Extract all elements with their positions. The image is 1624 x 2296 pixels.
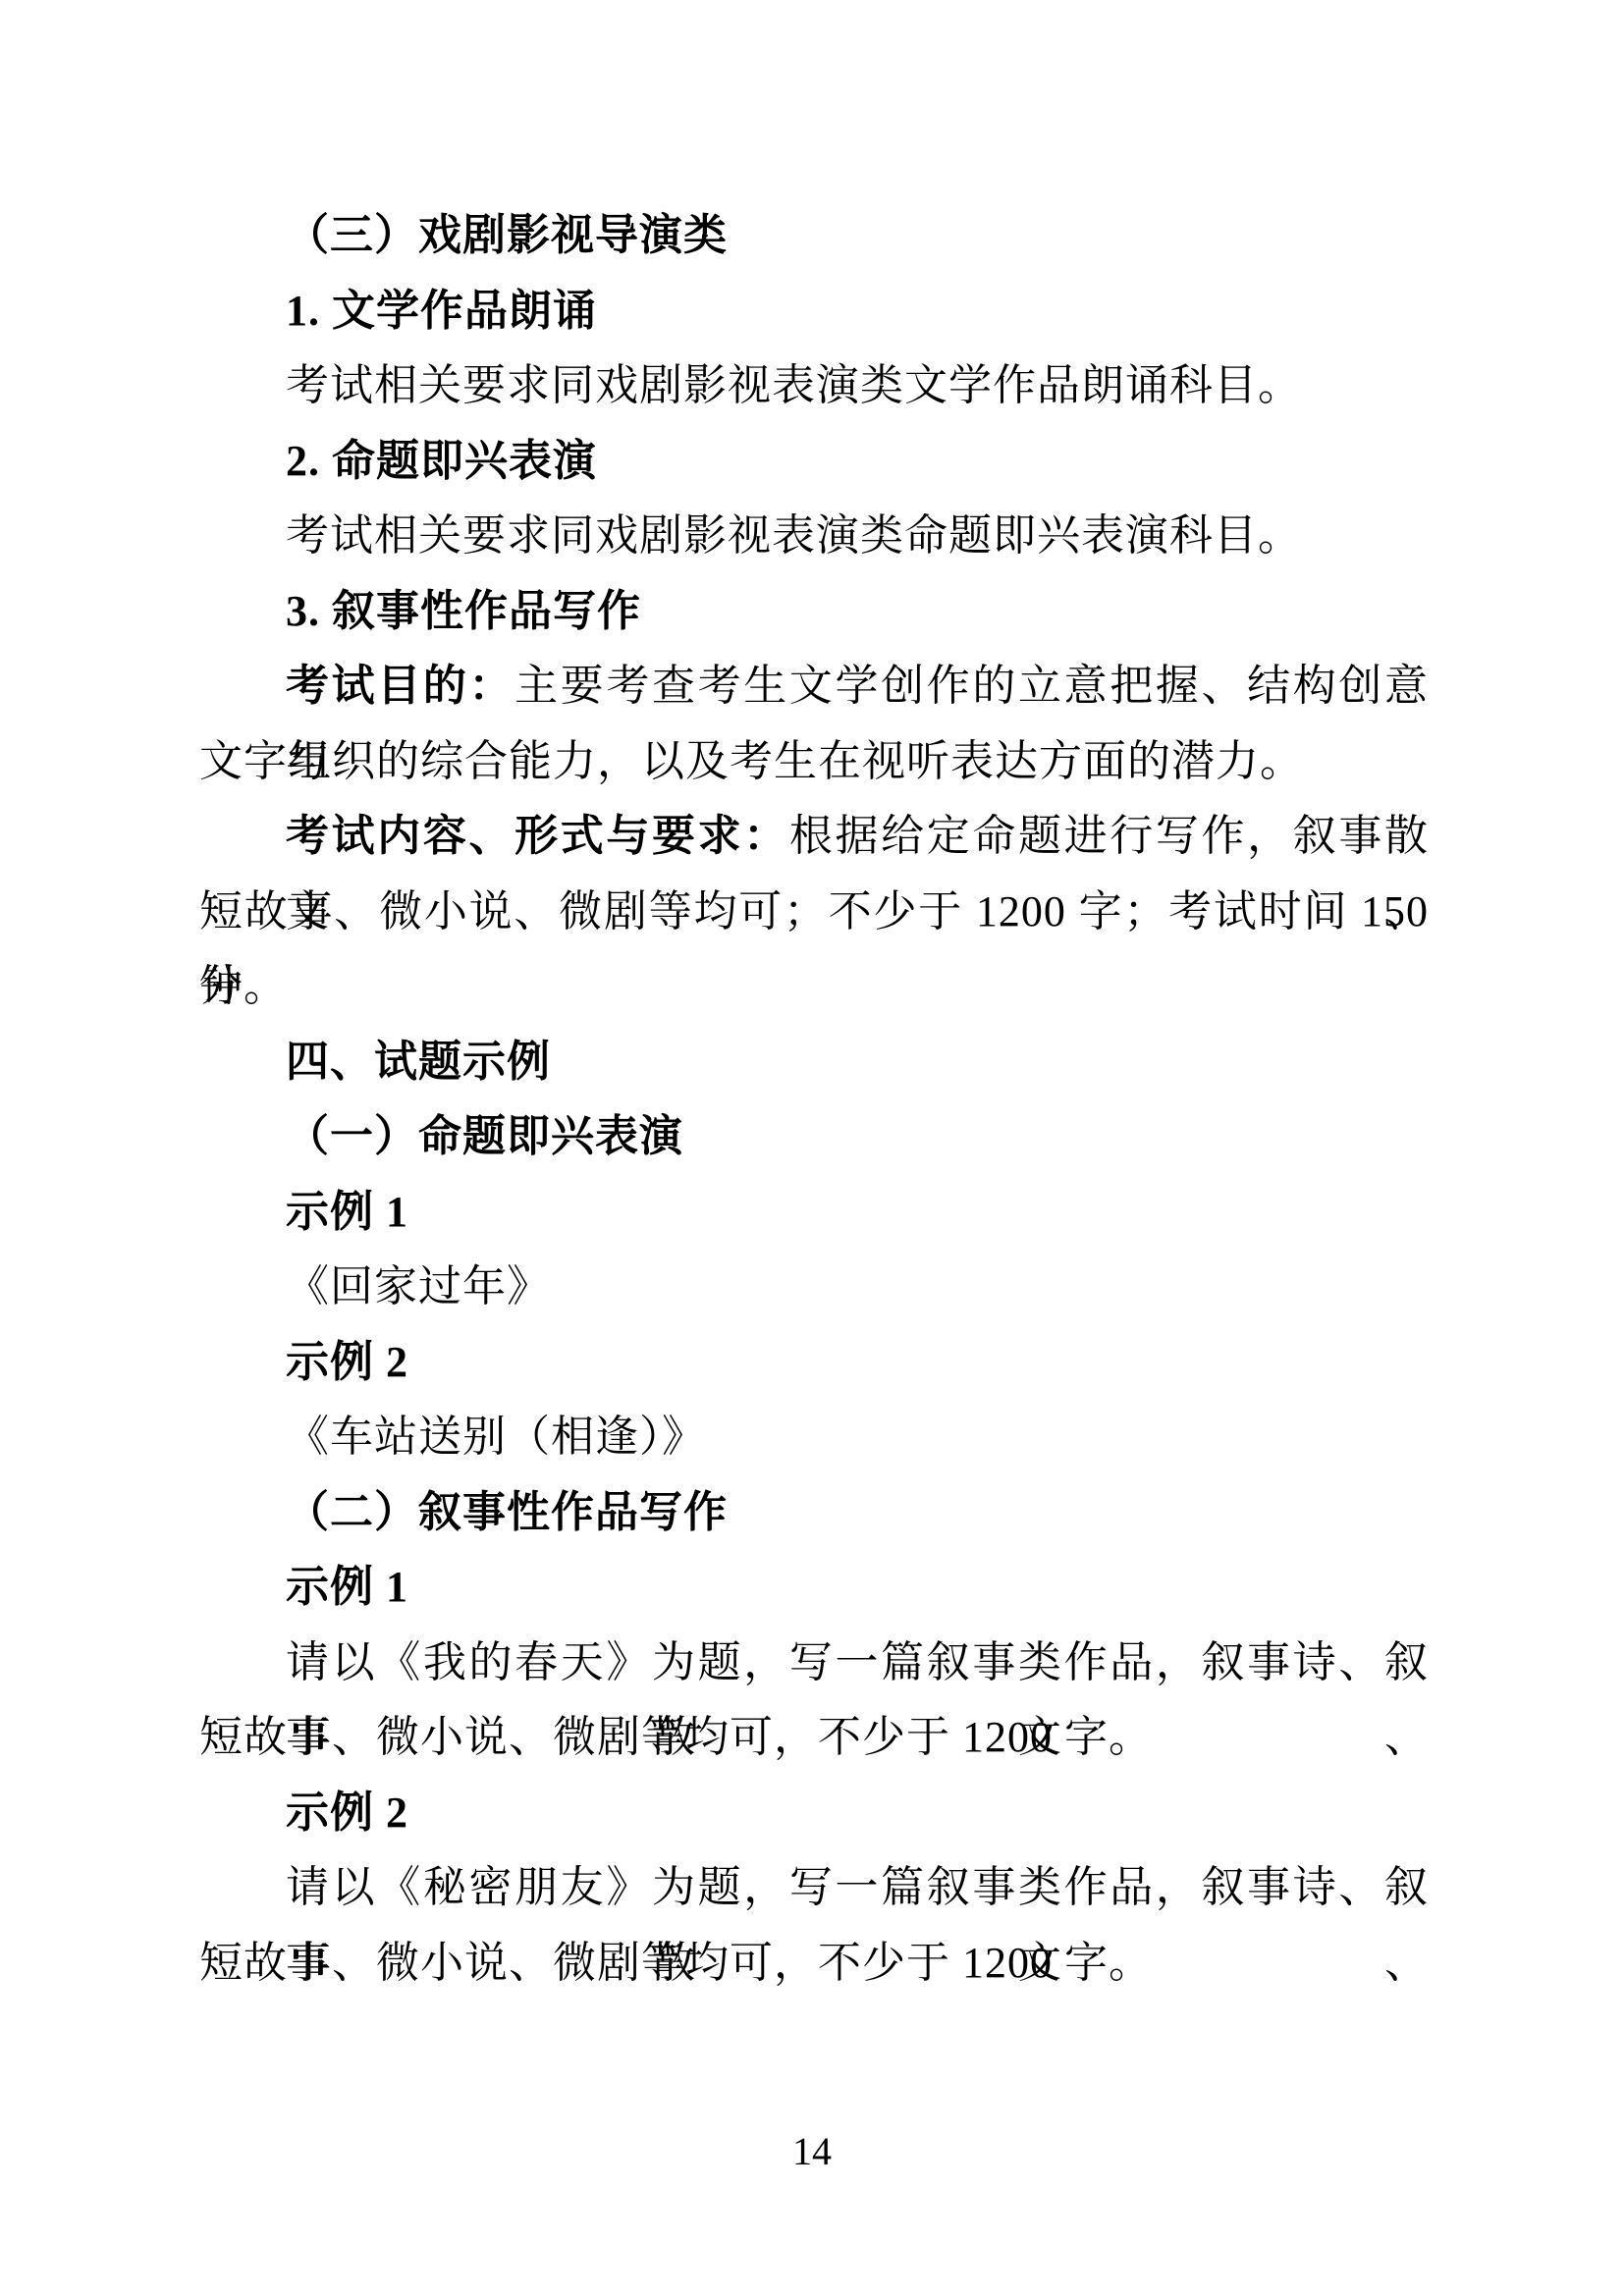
bold-text-segment: （三）戏剧影视导演类 <box>286 211 728 259</box>
body-line: 考试相关要求同戏剧影视表演类命题即兴表演科目。 <box>199 499 1429 574</box>
body-line: 文字组织的综合能力，以及考生在视听表达方面的潜力。 <box>199 724 1429 800</box>
text-segment: 短故事、微小说、微剧等均可，不少于 1200 字。 <box>199 1939 1153 1987</box>
section-heading-4: 四、试题示例 <box>199 1025 1429 1100</box>
example-title: 《车站送别（相逢）》 <box>199 1400 1429 1475</box>
body-line: 钟。 <box>199 949 1429 1025</box>
bold-text-segment: 2. 命题即兴表演 <box>286 437 597 485</box>
page-number: 14 <box>0 2120 1624 2183</box>
text-segment: 《车站送别（相逢）》 <box>286 1413 706 1461</box>
item-heading-1: 1. 文学作品朗诵 <box>199 274 1429 349</box>
body-line: 考试目的：主要考查考生文学创作的立意把握、结构创意与 <box>199 649 1429 724</box>
text-segment: 《回家过年》 <box>286 1262 551 1310</box>
item-heading-2: 2. 命题即兴表演 <box>199 424 1429 500</box>
bold-text-segment: 四、试题示例 <box>286 1038 551 1086</box>
subsection-heading-3: （三）戏剧影视导演类 <box>199 198 1429 274</box>
bold-text-segment: （二）叙事性作品写作 <box>286 1488 728 1536</box>
example-label-2: 示例 2 <box>199 1776 1429 1851</box>
bold-text-segment: 考试目的： <box>286 662 514 710</box>
example-label-1: 示例 1 <box>199 1550 1429 1626</box>
text-segment: 钟。 <box>199 962 288 1010</box>
body-line: 考试内容、形式与要求：根据给定命题进行写作，叙事散文、 <box>199 799 1429 875</box>
bold-text-segment: 示例 1 <box>286 1188 408 1236</box>
example-title: 《回家过年》 <box>199 1250 1429 1325</box>
body-line: 短故事、微小说、微剧等均可；不少于 1200 字；考试时间 150 分 <box>199 875 1429 950</box>
body-line: 请以《秘密朋友》为题，写一篇叙事类作品，叙事诗、叙事散文、 <box>199 1850 1429 1926</box>
bold-text-segment: 3. 叙事性作品写作 <box>286 587 641 635</box>
body-line: 请以《我的春天》为题，写一篇叙事类作品，叙事诗、叙事散文、 <box>199 1626 1429 1701</box>
bold-text-segment: 示例 2 <box>286 1338 408 1386</box>
item-heading-3: 3. 叙事性作品写作 <box>199 574 1429 650</box>
bold-text-segment: （一）命题即兴表演 <box>286 1112 683 1160</box>
text-segment: 文字组织的综合能力，以及考生在视听表达方面的潜力。 <box>199 737 1304 785</box>
document-body: （三）戏剧影视导演类1. 文学作品朗诵考试相关要求同戏剧影视表演类文学作品朗诵科… <box>199 198 1429 2001</box>
example-label-2: 示例 2 <box>199 1325 1429 1401</box>
bold-text-segment: 示例 1 <box>286 1563 408 1611</box>
subsection-heading-2: （二）叙事性作品写作 <box>199 1475 1429 1551</box>
text-segment: 考试相关要求同戏剧影视表演类命题即兴表演科目。 <box>286 511 1302 560</box>
bold-text-segment: 考试内容、形式与要求： <box>286 812 789 860</box>
body-line: 考试相关要求同戏剧影视表演类文学作品朗诵科目。 <box>199 348 1429 424</box>
bold-text-segment: 示例 2 <box>286 1789 408 1837</box>
text-segment: 短故事、微小说、微剧等均可，不少于 1200 字。 <box>199 1713 1153 1761</box>
text-segment: 考试相关要求同戏剧影视表演类文学作品朗诵科目。 <box>286 361 1302 409</box>
example-label-1: 示例 1 <box>199 1175 1429 1251</box>
bold-text-segment: 1. 文学作品朗诵 <box>286 287 597 335</box>
subsection-heading-1: （一）命题即兴表演 <box>199 1099 1429 1175</box>
document-page: （三）戏剧影视导演类1. 文学作品朗诵考试相关要求同戏剧影视表演类文学作品朗诵科… <box>0 0 1624 2296</box>
